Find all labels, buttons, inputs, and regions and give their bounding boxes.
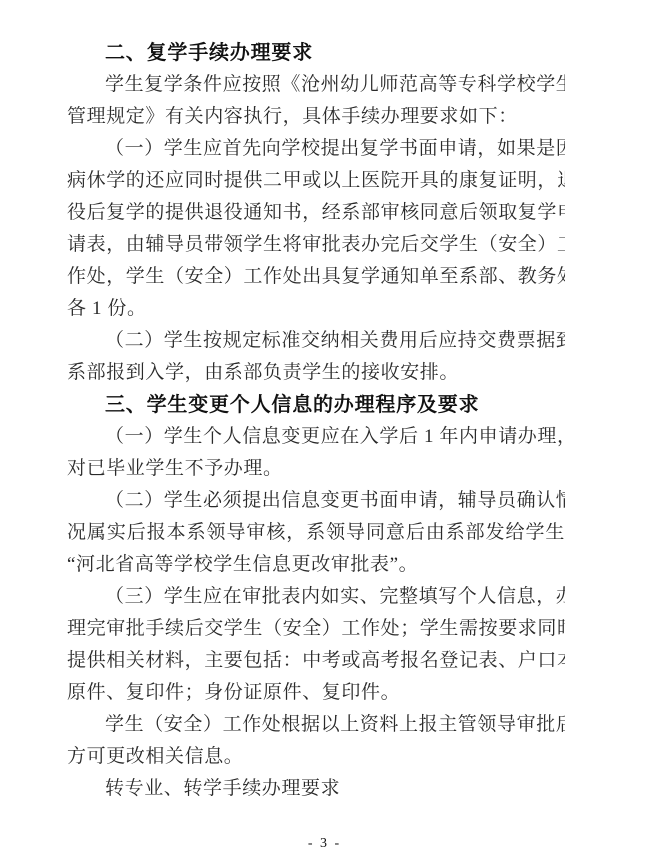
- paragraph-line: （二）学生按规定标准交纳相关费用后应持交费票据到: [67, 325, 565, 357]
- paragraph-line: 理完审批手续后交学生（安全）工作处；学生需按要求同时: [67, 613, 565, 645]
- paragraph-line: “河北省高等学校学生信息更改审批表”。: [67, 549, 565, 581]
- paragraph-line: 学生复学条件应按照《沧州幼儿师范高等专科学校学生: [67, 69, 565, 101]
- paragraph-line: 役后复学的提供退役通知书，经系部审核同意后领取复学申: [67, 197, 565, 229]
- paragraph-line: 况属实后报本系领导审核，系领导同意后由系部发给学生: [67, 517, 565, 549]
- paragraph-line: 请表，由辅导员带领学生将审批表办完后交学生（安全）工: [67, 229, 565, 261]
- page-number: - 3 -: [0, 836, 649, 852]
- paragraph-line: （一）学生个人信息变更应在入学后 1 年内申请办理，: [67, 421, 565, 453]
- document-text: 二、复学手续办理要求学生复学条件应按照《沧州幼儿师范高等专科学校学生管理规定》有…: [67, 37, 565, 805]
- document-page: 二、复学手续办理要求学生复学条件应按照《沧州幼儿师范高等专科学校学生管理规定》有…: [0, 0, 649, 865]
- paragraph-line: （二）学生必须提出信息变更书面申请，辅导员确认情: [67, 485, 565, 517]
- paragraph-line: 系部报到入学，由系部负责学生的接收安排。: [67, 357, 565, 389]
- paragraph-line: 转专业、转学手续办理要求: [67, 773, 565, 805]
- paragraph-line: 对已毕业学生不予办理。: [67, 453, 565, 485]
- paragraph-line: 方可更改相关信息。: [67, 741, 565, 773]
- paragraph-line: 提供相关材料，主要包括：中考或高考报名登记表、户口本: [67, 645, 565, 677]
- paragraph-line: （一）学生应首先向学校提出复学书面申请，如果是因: [67, 133, 565, 165]
- paragraph-line: 作处，学生（安全）工作处出具复学通知单至系部、教务处: [67, 261, 565, 293]
- section-heading: 二、复学手续办理要求: [67, 37, 565, 69]
- paragraph-line: 各 1 份。: [67, 293, 565, 325]
- paragraph-line: 原件、复印件；身份证原件、复印件。: [67, 677, 565, 709]
- paragraph-line: 学生（安全）工作处根据以上资料上报主管领导审批后: [67, 709, 565, 741]
- section-heading: 三、学生变更个人信息的办理程序及要求: [67, 389, 565, 421]
- paragraph-line: 病休学的还应同时提供二甲或以上医院开具的康复证明，退: [67, 165, 565, 197]
- paragraph-line: （三）学生应在审批表内如实、完整填写个人信息，办: [67, 581, 565, 613]
- paragraph-line: 管理规定》有关内容执行，具体手续办理要求如下：: [67, 101, 565, 133]
